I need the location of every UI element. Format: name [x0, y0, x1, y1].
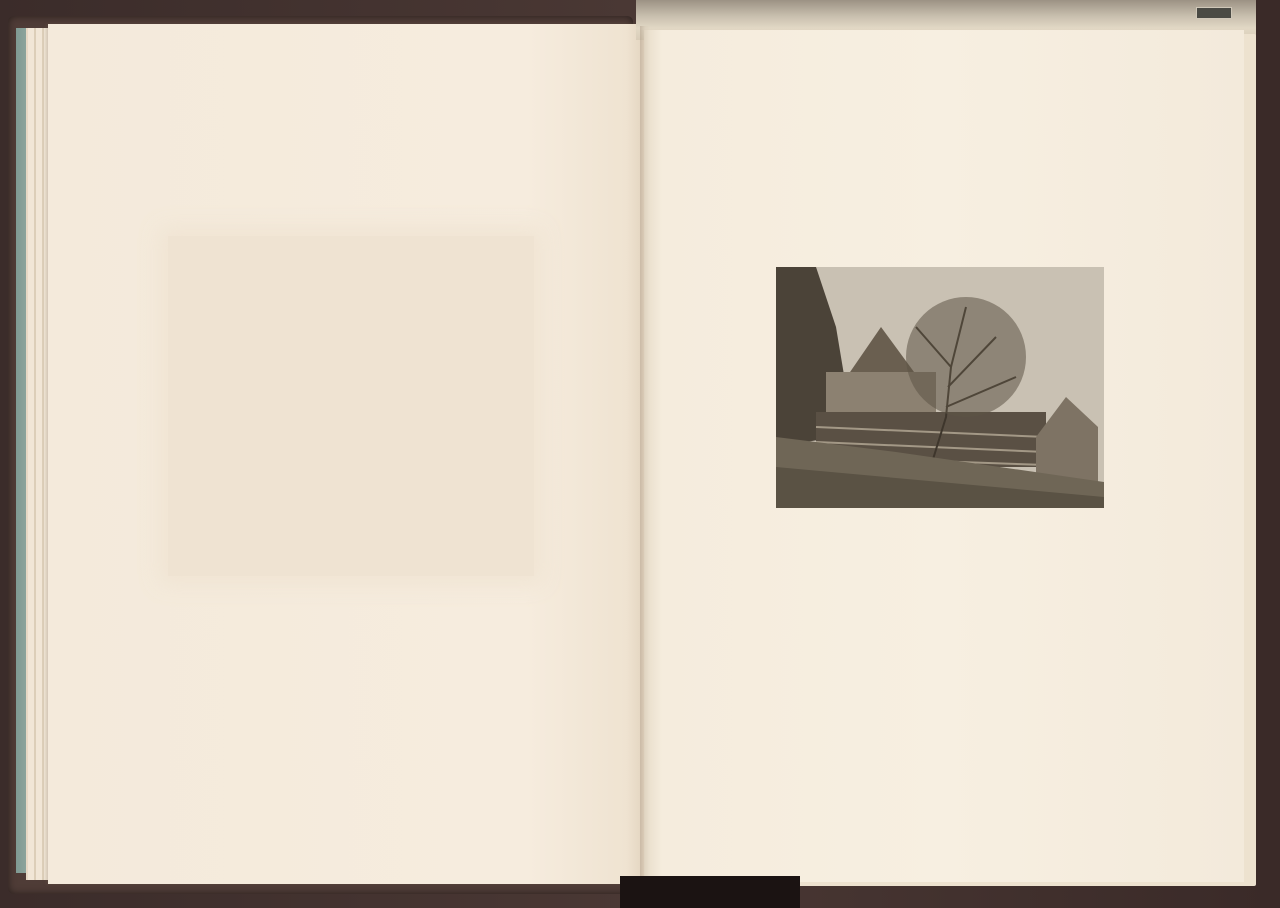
bottom-shadow — [620, 876, 800, 908]
book-gutter — [640, 26, 650, 886]
photo-image — [776, 267, 1104, 508]
show-through-impression — [168, 236, 534, 576]
book-scan — [0, 0, 1280, 908]
farmhouse-photograph — [776, 267, 1104, 508]
spine-label — [1196, 7, 1232, 19]
